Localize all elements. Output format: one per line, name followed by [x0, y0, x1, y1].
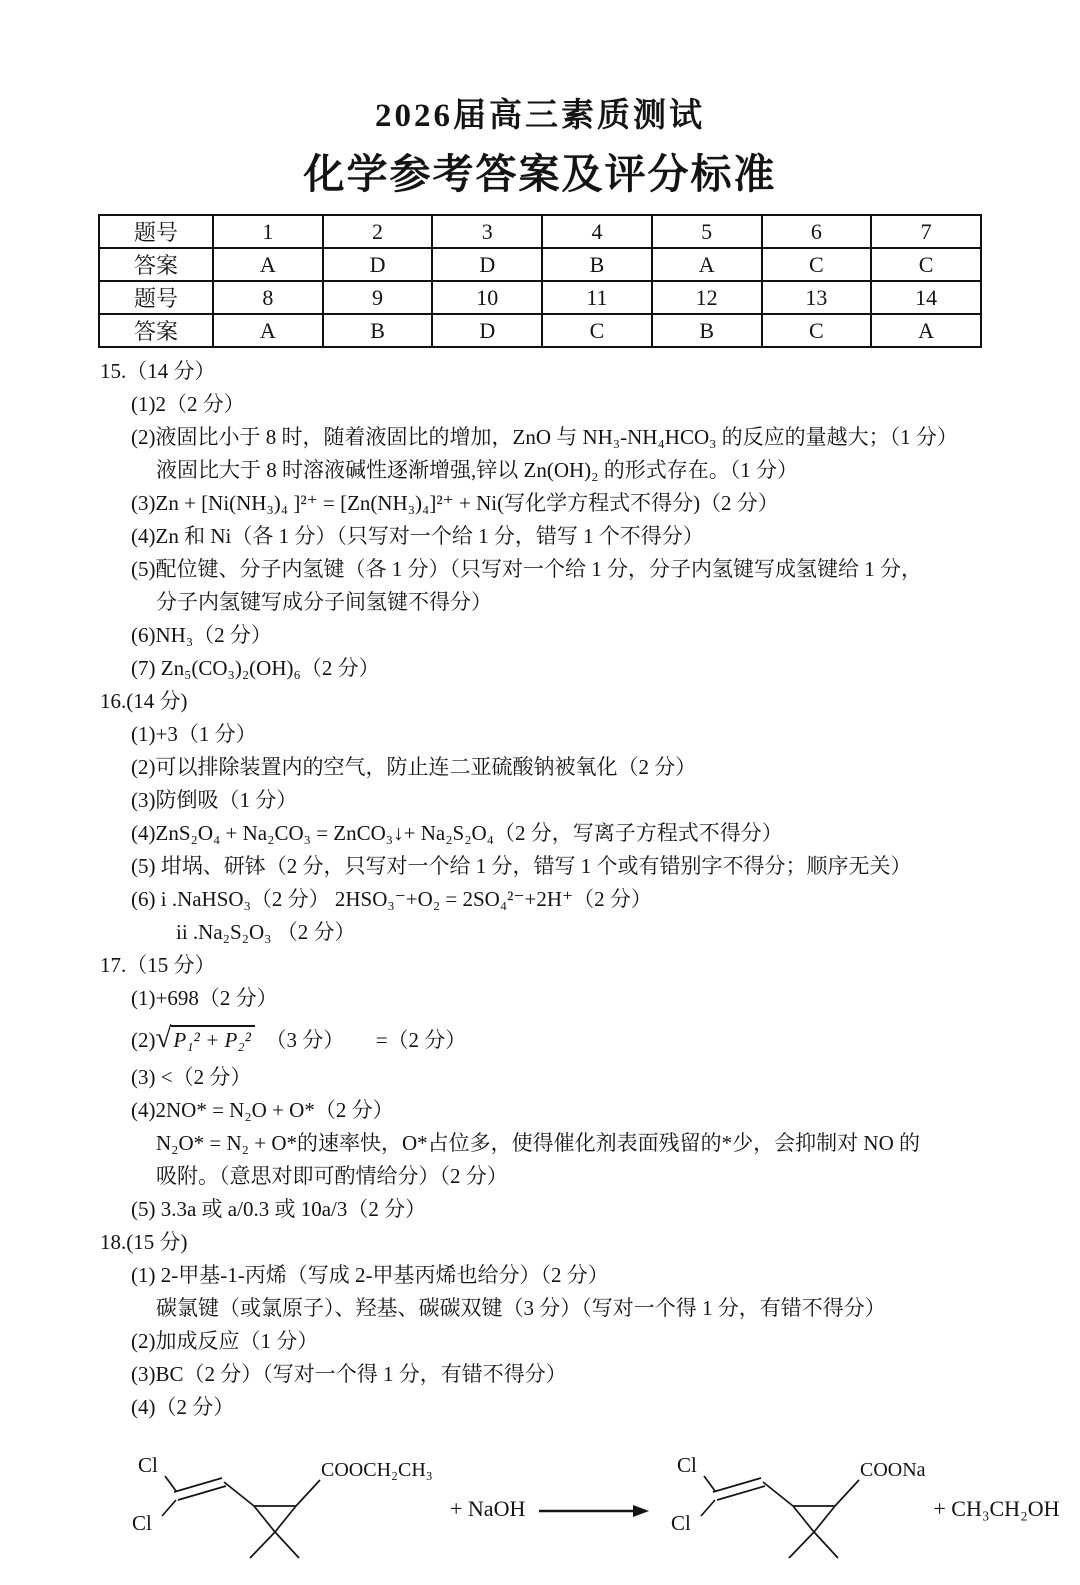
sqrt-prefix: (2): [131, 1028, 156, 1052]
table-cell: 8: [213, 281, 323, 314]
table-cell: 7: [871, 215, 981, 248]
q16-line-4: (4)ZnS₂O₄ + Na₂CO₃ = ZnCO₃↓+ Na₂S₂O₄（2 分…: [131, 817, 1080, 850]
row-header: 答案: [99, 248, 213, 281]
reaction-equation: Cl Cl COOCH₂CH₃ + NaOH Cl Cl: [118, 1436, 1080, 1585]
product-structure: Cl Cl COONa: [657, 1436, 925, 1585]
q16-line-3: (3)防倒吸（1 分）: [131, 784, 1080, 817]
q17-line-1: (1)+698（2 分）: [131, 982, 1080, 1015]
ester-group-label: COOCH₂CH₃: [321, 1459, 433, 1481]
q16-line-7: ii .Na₂S₂O₃ （2 分）: [176, 916, 1080, 949]
table-cell: C: [871, 248, 981, 281]
radical-sign: √: [156, 1022, 172, 1054]
table-cell: A: [213, 248, 323, 281]
table-row: 答案 A D D B A C C: [99, 248, 981, 281]
table-cell: D: [432, 248, 542, 281]
document-page: 2026届高三素质测试 化学参考答案及评分标准 题号 1 2 3 4 5 6 7…: [0, 0, 1080, 1585]
table-cell: 10: [432, 281, 542, 314]
table-cell: 11: [542, 281, 652, 314]
row-header: 题号: [99, 215, 213, 248]
q15-line-2: (2)液固比小于 8 时，随着液固比的增加，ZnO 与 NH₃-NH₄HCO₃ …: [131, 421, 1080, 454]
row-header: 答案: [99, 314, 213, 347]
sqrt-suffix: （3 分） =（2 分）: [255, 1028, 466, 1052]
table-row: 答案 A B D C B C A: [99, 314, 981, 347]
naoh-label: NaOH: [468, 1496, 525, 1521]
byproduct-text: + CH₃CH₂OH: [933, 1496, 1059, 1522]
q16-line-2: (2)可以排除装置内的空气，防止连二亚硫酸钠被氧化（2 分）: [131, 751, 1080, 784]
cl-bottom-label: Cl: [671, 1511, 691, 1535]
q16-line-5: (5) 坩埚、研钵（2 分，只写对一个给 1 分，错写 1 个或有错别字不得分；…: [131, 850, 1080, 883]
q17-line-2-sqrt: (2)√P₁² + P₂² （3 分） =（2 分）: [131, 1015, 1080, 1061]
q15-line-8: (6)NH₃（2 分）: [131, 619, 1080, 652]
table-cell: A: [871, 314, 981, 347]
q18-line-1: (1) 2-甲基-1-丙烯（写成 2-甲基丙烯也给分）（2 分）: [131, 1259, 1080, 1292]
reaction-arrow-icon: [537, 1502, 649, 1520]
q16-line-1: (1)+3（1 分）: [131, 718, 1080, 751]
reagent-text: + NaOH: [450, 1496, 525, 1522]
answers-body: 15.（14 分） (1)2（2 分） (2)液固比小于 8 时，随着液固比的增…: [0, 355, 1080, 1424]
cl-top-label: Cl: [677, 1453, 697, 1477]
q18-line-2: 碳氯键（或氯原子）、羟基、碳碳双键（3 分）（写对一个得 1 分，有错不得分）: [156, 1292, 1080, 1325]
reactant-structure: Cl Cl COOCH₂CH₃: [118, 1436, 438, 1585]
q17-line-4: (4)2NO* = N₂O + O*（2 分）: [131, 1094, 1080, 1127]
table-cell: C: [762, 314, 872, 347]
plus-sign: +: [933, 1496, 945, 1521]
page-subtitle: 化学参考答案及评分标准: [0, 150, 1080, 198]
cl-top-label: Cl: [138, 1453, 158, 1477]
table-cell: 14: [871, 281, 981, 314]
table-cell: B: [323, 314, 433, 347]
q18-header: 18.(15 分): [100, 1226, 1080, 1259]
table-cell: 13: [762, 281, 872, 314]
carboxylate-group-label: COONa: [860, 1459, 925, 1481]
table-cell: 3: [432, 215, 542, 248]
table-cell: B: [652, 314, 762, 347]
table-cell: 4: [542, 215, 652, 248]
table-row: 题号 8 9 10 11 12 13 14: [99, 281, 981, 314]
q15-line-9: (7) Zn₅(CO₃)₂(OH)₆（2 分）: [131, 652, 1080, 685]
q15-line-6: (5)配位键、分子内氢键（各 1 分）（只写对一个给 1 分，分子内氢键写成氢键…: [131, 553, 1080, 586]
table-row: 题号 1 2 3 4 5 6 7: [99, 215, 981, 248]
radicand: P₁² + P₂²: [171, 1025, 255, 1052]
q17-line-6: 吸附。（意思对即可酌情给分）（2 分）: [156, 1160, 1080, 1193]
table-cell: 2: [323, 215, 433, 248]
q17-line-7: (5) 3.3a 或 a/0.3 或 10a/3（2 分）: [131, 1193, 1080, 1226]
plus-sign: +: [450, 1496, 462, 1521]
table-cell: 5: [652, 215, 762, 248]
q15-line-5: (4)Zn 和 Ni（各 1 分）（只写对一个给 1 分，错写 1 个不得分）: [131, 520, 1080, 553]
table-cell: 9: [323, 281, 433, 314]
q15-header: 15.（14 分）: [100, 355, 1080, 388]
table-cell: D: [432, 314, 542, 347]
table-cell: 1: [213, 215, 323, 248]
table-cell: 12: [652, 281, 762, 314]
q15-line-4: (3)Zn + [Ni(NH₃)₄ ]²⁺ = [Zn(NH₃)₄]²⁺ + N…: [131, 487, 1080, 520]
row-header: 题号: [99, 281, 213, 314]
q15-line-1: (1)2（2 分）: [131, 388, 1080, 421]
table-cell: 6: [762, 215, 872, 248]
q18-line-5: (4)（2 分）: [131, 1391, 1080, 1424]
q16-line-6: (6) i .NaHSO₃（2 分） 2HSO₃⁻+O₂ = 2SO₄²⁻+2H…: [131, 883, 1080, 916]
q18-line-4: (3)BC（2 分）（写对一个得 1 分，有错不得分）: [131, 1358, 1080, 1391]
q17-line-5: N₂O* = N₂ + O*的速率快，O*占位多，使得催化剂表面残留的*少，会抑…: [156, 1127, 1080, 1160]
ethanol-label: CH₃CH₂OH: [951, 1496, 1059, 1521]
table-cell: A: [652, 248, 762, 281]
q15-line-3: 液固比大于 8 时溶液碱性逐渐增强,锌以 Zn(OH)₂ 的形式存在。（1 分）: [156, 454, 1080, 487]
q15-line-7: 分子内氢键写成分子间氢键不得分）: [156, 586, 1080, 619]
q16-header: 16.(14 分): [100, 685, 1080, 718]
table-cell: C: [762, 248, 872, 281]
q17-header: 17.（15 分）: [100, 949, 1080, 982]
cl-bottom-label: Cl: [132, 1511, 152, 1535]
table-cell: A: [213, 314, 323, 347]
table-cell: D: [323, 248, 433, 281]
page-title: 2026届高三素质测试: [0, 96, 1080, 136]
table-cell: B: [542, 248, 652, 281]
answer-key-table: 题号 1 2 3 4 5 6 7 答案 A D D B A C C 题号: [98, 214, 982, 348]
table-cell: C: [542, 314, 652, 347]
sqrt-expression: √P₁² + P₂²: [156, 1015, 255, 1063]
q18-line-3: (2)加成反应（1 分）: [131, 1325, 1080, 1358]
q17-line-3: (3) <（2 分）: [131, 1061, 1080, 1094]
